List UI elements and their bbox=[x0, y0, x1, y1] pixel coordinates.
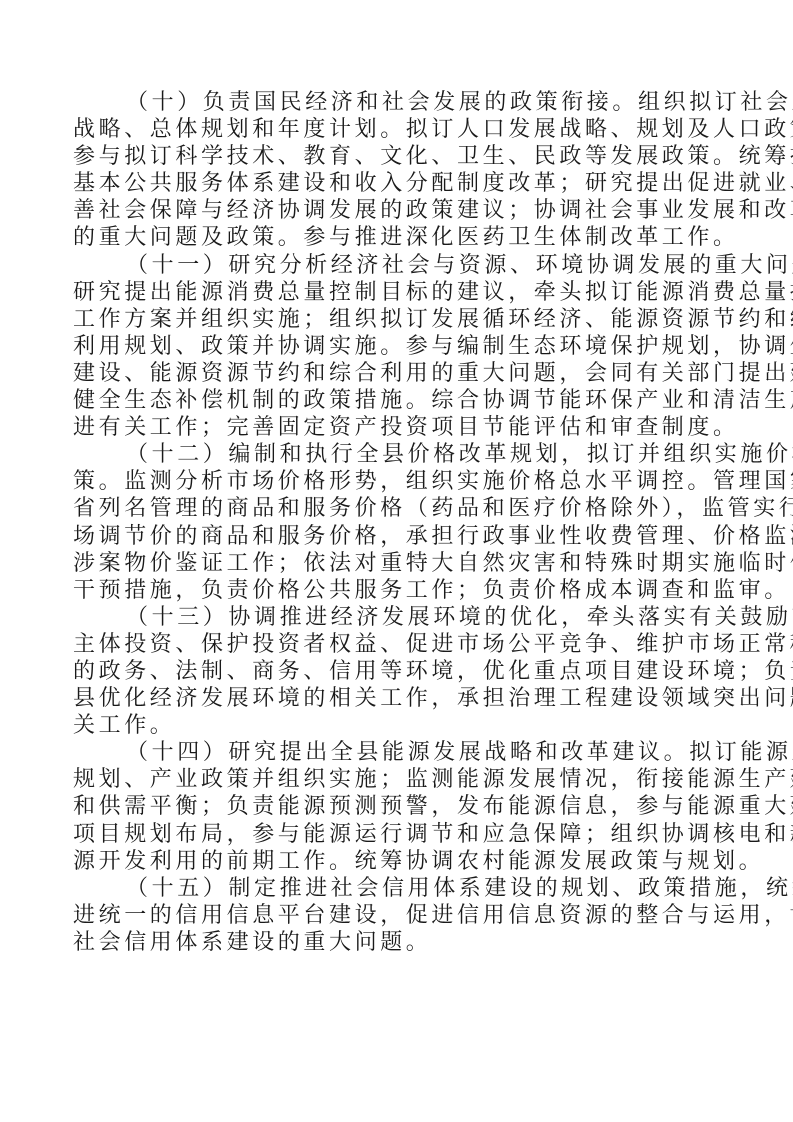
paragraph-line: 规划、产业政策并组织实施；监测能源发展情况，衔接能源生产建设 bbox=[73, 766, 713, 793]
paragraph-line: 项目规划布局，参与能源运行调节和应急保障；组织协调核电和新能 bbox=[73, 821, 713, 848]
document-body: （十）负责国民经济和社会发展的政策衔接。组织拟订社会发展 战略、总体规划和年度计… bbox=[73, 89, 713, 956]
paragraph-line: 主体投资、保护投资者权益、促进市场公平竞争、维护市场正常秩序 bbox=[73, 631, 713, 658]
paragraph-line: 社会信用体系建设的重大问题。 bbox=[73, 929, 713, 956]
paragraph-line: （十一）研究分析经济社会与资源、环境协调发展的重大问题， bbox=[73, 252, 713, 279]
paragraph-line: 进有关工作；完善固定资产投资项目节能评估和审查制度。 bbox=[73, 414, 713, 441]
paragraph-11: （十一）研究分析经济社会与资源、环境协调发展的重大问题， 研究提出能源消费总量控… bbox=[73, 252, 713, 442]
paragraph-line: 源开发利用的前期工作。统筹协调农村能源发展政策与规划。 bbox=[73, 848, 713, 875]
paragraph-13: （十三）协调推进经济发展环境的优化，牵头落实有关鼓励市场 主体投资、保护投资者权… bbox=[73, 604, 713, 739]
paragraph-line: 干预措施，负责价格公共服务工作；负责价格成本调查和监审。 bbox=[73, 577, 713, 604]
paragraph-line: 建设、能源资源节约和综合利用的重大问题，会同有关部门提出建立 bbox=[73, 360, 713, 387]
paragraph-14: （十四）研究提出全县能源发展战略和改革建议。拟订能源发展 规划、产业政策并组织实… bbox=[73, 739, 713, 874]
paragraph-line: 和供需平衡；负责能源预测预警，发布能源信息，参与能源重大建设 bbox=[73, 793, 713, 820]
paragraph-line: 关工作。 bbox=[73, 712, 713, 739]
paragraph-line: 基本公共服务体系建设和收入分配制度改革；研究提出促进就业、完 bbox=[73, 170, 713, 197]
document-page: （十）负责国民经济和社会发展的政策衔接。组织拟订社会发展 战略、总体规划和年度计… bbox=[0, 0, 793, 1122]
paragraph-line: 的政务、法制、商务、信用等环境，优化重点项目建设环境；负责全 bbox=[73, 658, 713, 685]
paragraph-15: （十五）制定推进社会信用体系建设的规划、政策措施，统筹推 进统一的信用信息平台建… bbox=[73, 875, 713, 956]
paragraph-line: 善社会保障与经济协调发展的政策建议；协调社会事业发展和改革中 bbox=[73, 197, 713, 224]
paragraph-line: （十四）研究提出全县能源发展战略和改革建议。拟订能源发展 bbox=[73, 739, 713, 766]
paragraph-line: （十）负责国民经济和社会发展的政策衔接。组织拟订社会发展 bbox=[73, 89, 713, 116]
paragraph-line: 省列名管理的商品和服务价格（药品和医疗价格除外），监管实行市 bbox=[73, 495, 713, 522]
paragraph-line: （十三）协调推进经济发展环境的优化，牵头落实有关鼓励市场 bbox=[73, 604, 713, 631]
paragraph-12: （十二）编制和执行全县价格改革规划，拟订并组织实施价格政 策。监测分析市场价格形… bbox=[73, 441, 713, 604]
paragraph-line: 进统一的信用信息平台建设，促进信用信息资源的整合与运用，协调 bbox=[73, 902, 713, 929]
paragraph-line: （十五）制定推进社会信用体系建设的规划、政策措施，统筹推 bbox=[73, 875, 713, 902]
paragraph-line: （十二）编制和执行全县价格改革规划，拟订并组织实施价格政 bbox=[73, 441, 713, 468]
paragraph-line: 的重大问题及政策。参与推进深化医药卫生体制改革工作。 bbox=[73, 224, 713, 251]
paragraph-line: 工作方案并组织实施；组织拟订发展循环经济、能源资源节约和综合 bbox=[73, 306, 713, 333]
paragraph-line: 涉案物价鉴证工作；依法对重特大自然灾害和特殊时期实施临时价格 bbox=[73, 550, 713, 577]
paragraph-10: （十）负责国民经济和社会发展的政策衔接。组织拟订社会发展 战略、总体规划和年度计… bbox=[73, 89, 713, 252]
paragraph-line: 研究提出能源消费总量控制目标的建议，牵头拟订能源消费总量控制 bbox=[73, 279, 713, 306]
paragraph-line: 战略、总体规划和年度计划。拟订人口发展战略、规划及人口政策； bbox=[73, 116, 713, 143]
paragraph-line: 利用规划、政策并协调实施。参与编制生态环境保护规划，协调生态 bbox=[73, 333, 713, 360]
paragraph-line: 健全生态补偿机制的政策措施。综合协调节能环保产业和清洁生产促 bbox=[73, 387, 713, 414]
paragraph-line: 参与拟订科学技术、教育、文化、卫生、民政等发展政策。统筹推进 bbox=[73, 143, 713, 170]
paragraph-line: 县优化经济发展环境的相关工作，承担治理工程建设领域突出问题有 bbox=[73, 685, 713, 712]
paragraph-line: 场调节价的商品和服务价格，承担行政事业性收费管理、价格监测和 bbox=[73, 523, 713, 550]
paragraph-line: 策。监测分析市场价格形势，组织实施价格总水平调控。管理国家、 bbox=[73, 468, 713, 495]
